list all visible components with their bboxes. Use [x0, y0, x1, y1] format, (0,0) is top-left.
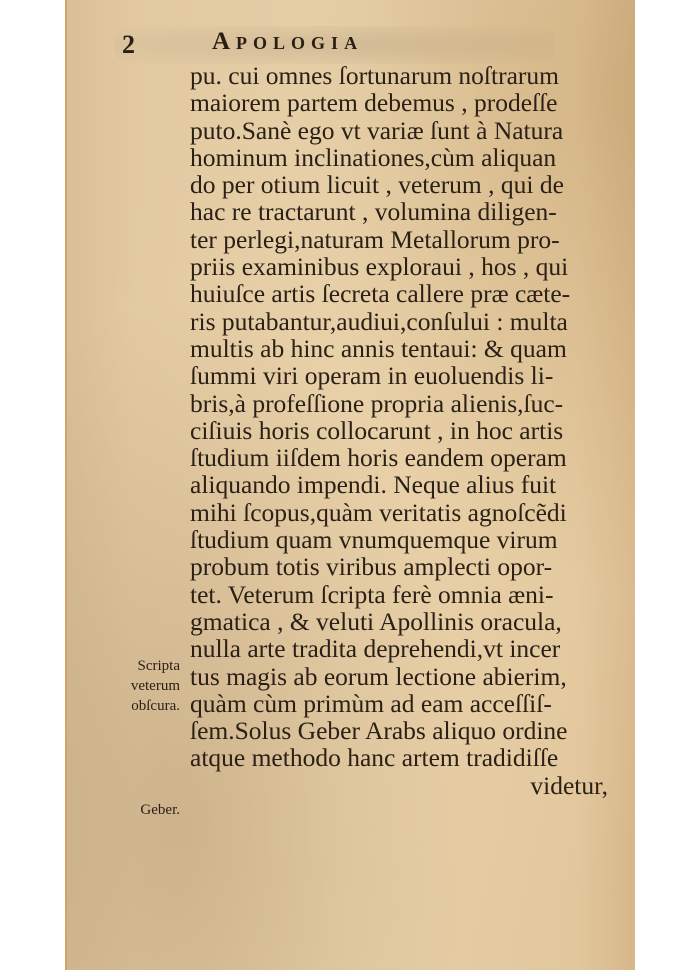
body-text: pu. cui omnes ſortunarum noſtrarum maior…	[190, 62, 620, 799]
text-line: ſummi viri operam in euoluendis li-	[190, 362, 620, 389]
running-title: Apologia	[212, 28, 363, 56]
text-line: do per otium licuit , veterum , qui de	[190, 171, 620, 198]
text-line: priis examinibus exploraui , hos , qui	[190, 253, 620, 280]
page-number: 2	[122, 30, 135, 60]
text-line: huiuſce artis ſecreta callere præ cæte-	[190, 280, 620, 307]
text-line: ris putabantur,audiui,conſului : multa	[190, 308, 620, 335]
text-line: nulla arte tradita deprehendi,vt incer	[190, 635, 620, 662]
margin-note-line: veterum	[96, 676, 180, 696]
text-line: ciſiuis horis collocarunt , in hoc artis	[190, 417, 620, 444]
text-line: aliquando impendi. Neque alius fuit	[190, 471, 620, 498]
running-head: 2 Apologia	[122, 26, 562, 66]
text-line: hominum inclinationes,cùm aliquan	[190, 144, 620, 171]
text-line: tus magis ab eorum lectione abierim,	[190, 663, 620, 690]
text-line: multis ab hinc annis tentaui: & quam	[190, 335, 620, 362]
text-line: hac re tractarunt , volumina diligen-	[190, 198, 620, 225]
text-line: ſtudium iiſdem horis eandem operam	[190, 444, 620, 471]
text-line: ter perlegi,naturam Metallorum pro-	[190, 226, 620, 253]
text-line: bris,à profeſſione propria alienis,ſuc-	[190, 390, 620, 417]
text-line: mihi ſcopus,quàm veritatis agnoſcẽdi	[190, 499, 620, 526]
text-line: ſem.Solus Geber Arabs aliquo ordine	[190, 717, 620, 744]
margin-note-line: Scripta	[96, 656, 180, 676]
text-line: ſtudium quam vnumquemque virum	[190, 526, 620, 553]
margin-note-line: Geber.	[96, 800, 180, 820]
text-line: maiorem partem debemus , prodeſſe	[190, 89, 620, 116]
margin-note-line: obſcura.	[96, 696, 180, 716]
text-line: puto.Sanè ego vt variæ ſunt à Natura	[190, 117, 620, 144]
text-line: tet. Veterum ſcripta ferè omnia æni-	[190, 581, 620, 608]
text-line: atque methodo hanc artem tradidiſſe	[190, 744, 620, 771]
catchword-line: videtur,	[190, 772, 620, 799]
margin-note-geber: Geber.	[96, 800, 180, 820]
text-line: pu. cui omnes ſortunarum noſtrarum	[190, 62, 620, 89]
margin-note-scripta-veterum: Scripta veterum obſcura.	[96, 656, 180, 716]
text-line: probum totis viribus amplecti opor-	[190, 553, 620, 580]
text-line: quàm cùm primùm ad eam acceſſiſ-	[190, 690, 620, 717]
text-line: gmatica , & veluti Apollinis oracula,	[190, 608, 620, 635]
